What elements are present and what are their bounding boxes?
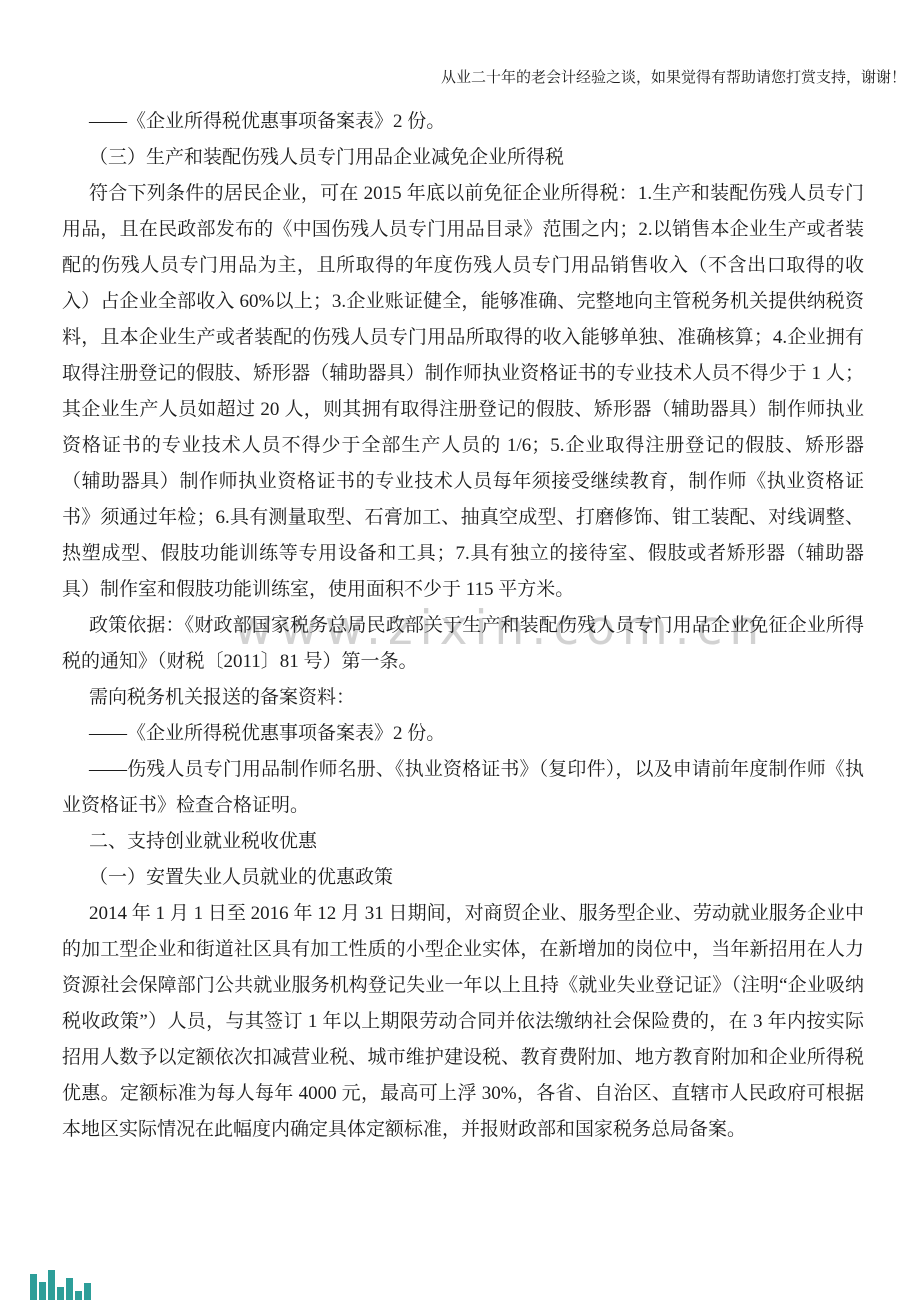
document-body: ——《企业所得税优惠事项备案表》2 份。（三）生产和装配伤残人员专门用品企业减免… <box>62 104 864 1148</box>
document-paragraph: ——伤残人员专门用品制作师名册、《执业资格证书》（复印件），以及申请前年度制作师… <box>62 752 864 824</box>
document-paragraph: 符合下列条件的居民企业，可在 2015 年底以前免征企业所得税：1.生产和装配伤… <box>62 176 864 608</box>
document-paragraph: 政策依据：《财政部国家税务总局民政部关于生产和装配伤残人员专门用品企业免征企业所… <box>62 608 864 680</box>
document-paragraph: （一）安置失业人员就业的优惠政策 <box>62 860 864 896</box>
document-paragraph: ——《企业所得税优惠事项备案表》2 份。 <box>62 104 864 140</box>
document-page: 从业二十年的老会计经验之谈，如果觉得有帮助请您打赏支持，谢谢！ www.zixi… <box>0 0 920 1302</box>
document-paragraph: （三）生产和装配伤残人员专门用品企业减免企业所得税 <box>62 140 864 176</box>
document-paragraph: 需向税务机关报送的备案资料： <box>62 680 864 716</box>
teal-bars-logo-icon <box>30 1270 91 1300</box>
document-paragraph: 二、支持创业就业税收优惠 <box>62 824 864 860</box>
document-paragraph: ——《企业所得税优惠事项备案表》2 份。 <box>62 716 864 752</box>
page-header-note: 从业二十年的老会计经验之谈，如果觉得有帮助请您打赏支持，谢谢！ <box>441 68 906 88</box>
document-paragraph: 2014 年 1 月 1 日至 2016 年 12 月 31 日期间，对商贸企业… <box>62 896 864 1148</box>
